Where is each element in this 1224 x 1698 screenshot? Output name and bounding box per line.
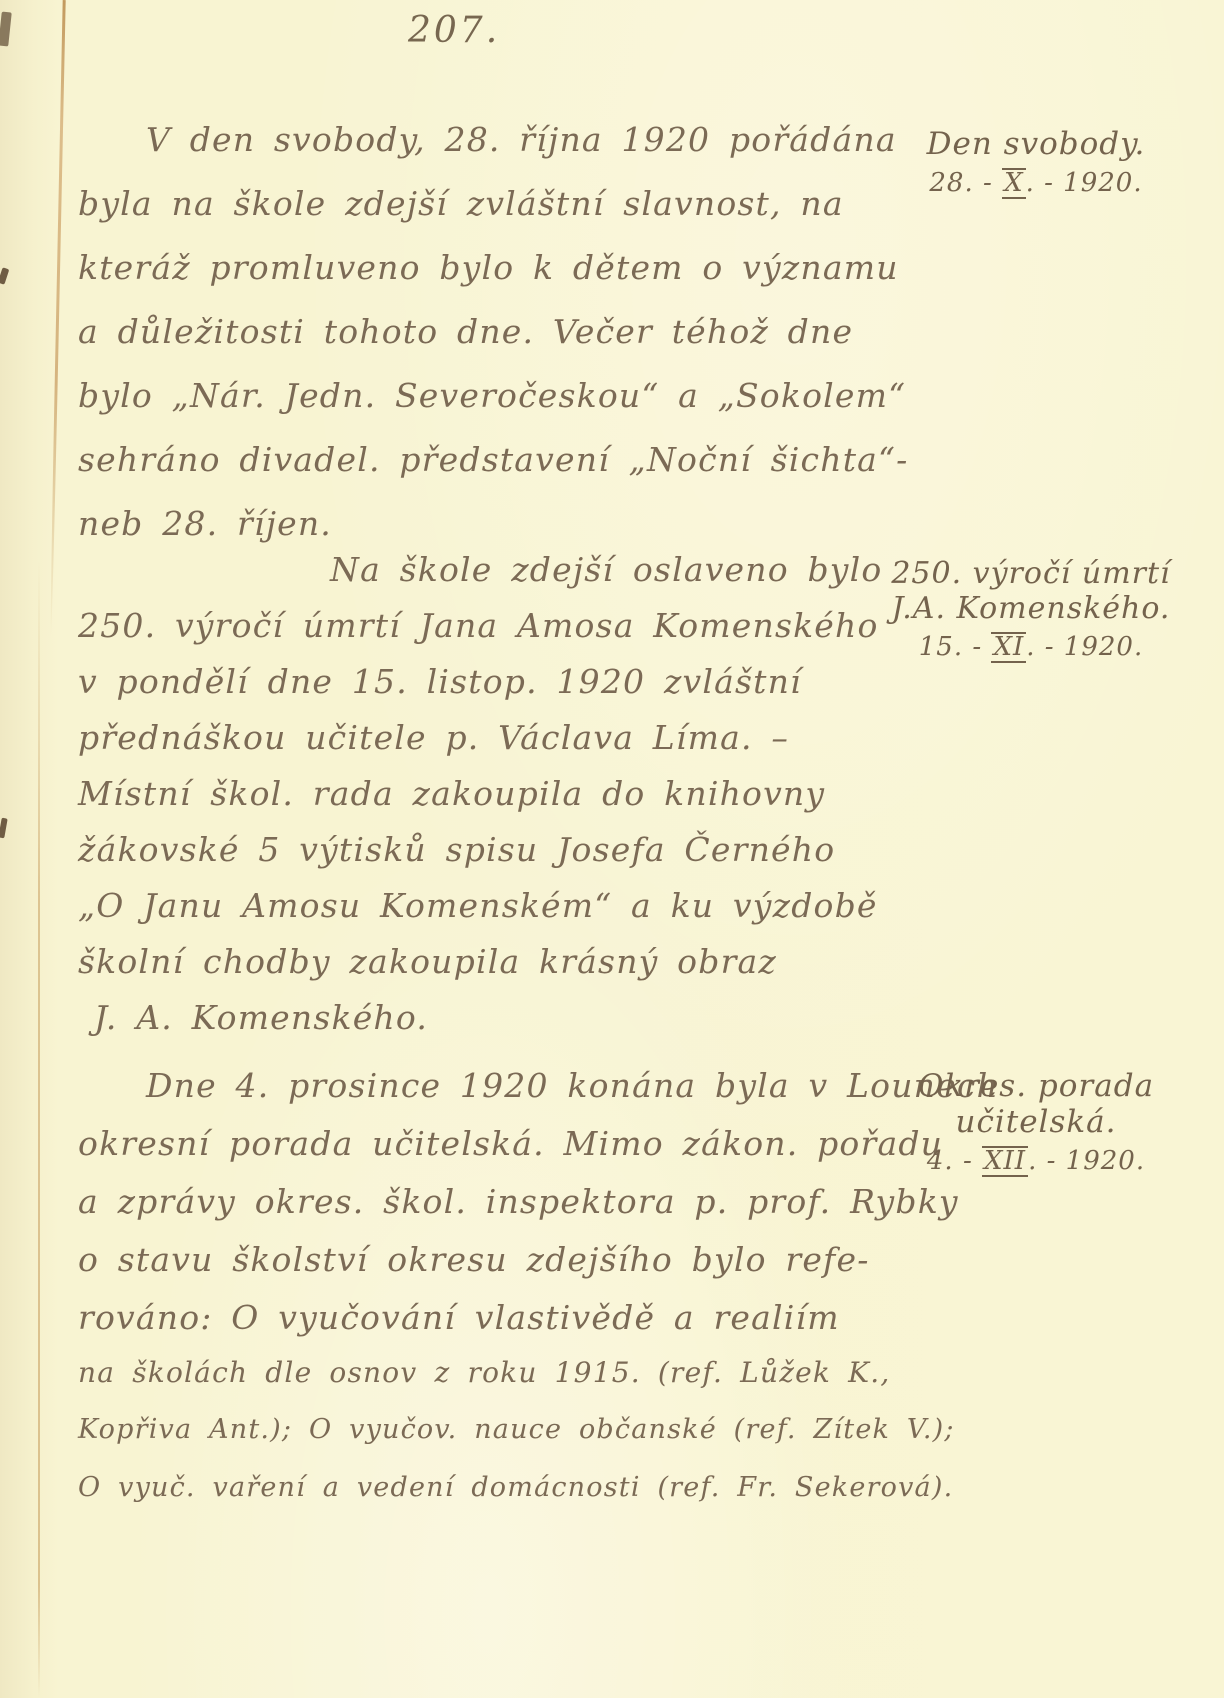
edge-ink-mark: [0, 818, 8, 839]
edge-ink-mark: [0, 12, 12, 47]
text-line: přednáškou učitele p. Václava Líma. –: [78, 718, 898, 774]
text-line: a důležitosti tohoto dne. Večer téhož dn…: [78, 312, 898, 376]
text-line: J. A. Komenského.: [78, 998, 898, 1054]
text-line: rováno: O vyučování vlastivědě a realiím: [78, 1298, 908, 1356]
text-line: byla na škole zdejší zvláštní slavnost, …: [78, 184, 898, 248]
text-line: školní chodby zakoupila krásný obraz: [78, 942, 898, 998]
text-line: o stavu školství okresu zdejšího bylo re…: [78, 1240, 908, 1298]
text-line: V den svobody, 28. října 1920 pořádána: [78, 120, 898, 184]
date-year: . - 1920.: [1026, 632, 1143, 662]
text-line: Na škole zdejší oslaveno bylo: [78, 550, 898, 606]
margin-note-okresni-porada: Okres. porada učitelská. 4. - XII. - 192…: [886, 1068, 1186, 1177]
date-day: 28. -: [929, 168, 1002, 198]
text-line: Kopřiva Ant.); O vyučov. nauce občanské …: [78, 1414, 908, 1472]
margin-note-title: J.A. Komenského.: [866, 591, 1196, 626]
page-binding-crease: [49, 0, 65, 640]
text-line: „O Janu Amosu Komenském“ a ku výzdobě: [78, 886, 898, 942]
margin-note-title: Okres. porada: [886, 1068, 1186, 1104]
text-line: bylo „Nár. Jedn. Severočeskou“ a „Sokole…: [78, 376, 898, 440]
date-roman-month: XII: [982, 1146, 1028, 1177]
text-line: na školách dle osnov z roku 1915. (ref. …: [78, 1356, 908, 1414]
margin-note-komensky: 250. výročí úmrtí J.A. Komenského. 15. -…: [866, 556, 1196, 663]
chronicle-page: 207. V den svobody, 28. října 1920 pořád…: [0, 0, 1224, 1698]
paragraph-komensky: Na škole zdejší oslaveno bylo 250. výroč…: [78, 550, 898, 1054]
text-line: a zprávy okres. škol. inspektora p. prof…: [78, 1182, 908, 1240]
margin-note-date: 4. - XII. - 1920.: [886, 1146, 1186, 1177]
date-roman-month: X: [1002, 168, 1026, 199]
text-line: v pondělí dne 15. listop. 1920 zvláštní: [78, 662, 898, 718]
margin-note-date: 15. - XI. - 1920.: [866, 632, 1196, 663]
text-line: sehráno divadel. představení „Noční šich…: [78, 440, 898, 504]
date-day: 4. -: [927, 1146, 982, 1176]
text-line: žákovské 5 výtisků spisu Josefa Černého: [78, 830, 898, 886]
page-number: 207.: [408, 10, 500, 51]
text-line: O vyuč. vaření a vedení domácnosti (ref.…: [78, 1472, 908, 1530]
margin-note-den-svobody: Den svobody. 28. - X. - 1920.: [886, 126, 1186, 199]
paragraph-den-svobody: V den svobody, 28. října 1920 pořádána b…: [78, 120, 898, 568]
margin-note-title: učitelská.: [886, 1104, 1186, 1140]
paragraph-okresni-porada: Dne 4. prosince 1920 konána byla v Loune…: [78, 1066, 908, 1530]
edge-ink-mark: [0, 267, 9, 284]
date-roman-month: XI: [991, 632, 1026, 663]
text-line: Dne 4. prosince 1920 konána byla v Loune…: [78, 1066, 908, 1124]
page-edge-crease: [38, 560, 40, 1698]
date-day: 15. -: [919, 632, 992, 662]
margin-note-title: 250. výročí úmrtí: [866, 556, 1196, 591]
text-line: 250. výročí úmrtí Jana Amosa Komenského: [78, 606, 898, 662]
date-year: . - 1920.: [1026, 168, 1143, 198]
margin-note-title: Den svobody.: [886, 126, 1186, 162]
text-line: Místní škol. rada zakoupila do knihovny: [78, 774, 898, 830]
margin-note-date: 28. - X. - 1920.: [886, 168, 1186, 199]
date-year: . - 1920.: [1028, 1146, 1145, 1176]
text-line: kteráž promluveno bylo k dětem o významu: [78, 248, 898, 312]
text-line: okresní porada učitelská. Mimo zákon. po…: [78, 1124, 908, 1182]
